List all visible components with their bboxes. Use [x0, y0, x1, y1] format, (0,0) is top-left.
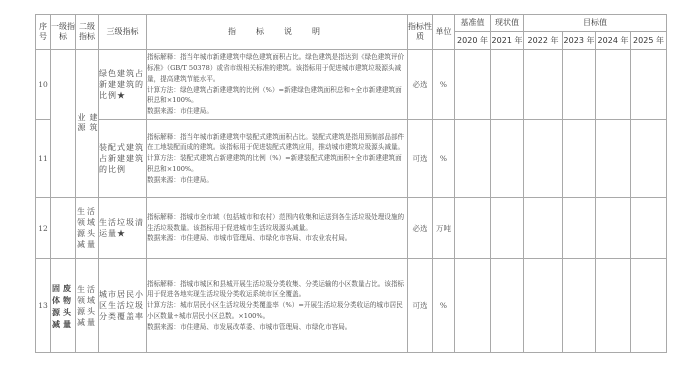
desc-source: 数据来源：市住建局。: [147, 175, 407, 186]
header-baseline: 基准值: [455, 15, 491, 32]
desc-explanation: 指标解释：指当年城市新建建筑中绿色建筑面积占比。绿色建筑是指达到《绿色建筑评价标…: [147, 52, 407, 84]
value-2025: [631, 50, 667, 120]
desc-explanation: 指标解释：指城市城区和县城开展生活垃圾分类收集、分类运输的小区数量占比。该指标用…: [147, 279, 407, 300]
desc-calculation: 计算方法：装配式建筑占新建建筑的比例（%）=新建装配式建筑面积÷全市新建建筑面积…: [147, 153, 407, 174]
header-year-2025: 2025 年: [631, 32, 667, 50]
level1-text: 源头: [51, 306, 75, 318]
header-year-2023: 2023 年: [563, 32, 596, 50]
level1-text: 体物: [51, 294, 75, 306]
level1-text: 减量: [51, 318, 75, 330]
indicator-nature: 可选: [408, 120, 433, 198]
value-2023: [563, 120, 596, 198]
desc-source: 数据来源：市住建局、市发展改革委、市城市管理局、市绿化市容局。: [147, 322, 407, 333]
value-2025: [631, 259, 667, 353]
indicator-description: 指标解释：指城市城区和县城开展生活垃圾分类收集、分类运输的小区数量占比。该指标用…: [147, 259, 408, 353]
level1-text: 固废: [51, 282, 75, 294]
row-seq: 11: [36, 120, 51, 198]
header-year-2021: 2021 年: [491, 32, 524, 50]
table-row: 10 建筑 业源 绿色建筑占新建建筑的比例★ 指标解释：指当年城市新建建筑中绿色…: [36, 50, 667, 120]
level2-text: 建筑: [88, 113, 98, 133]
indicator-description: 指标解释：指当年城市新建建筑中绿色建筑面积占比。绿色建筑是指达到《绿色建筑评价标…: [147, 50, 408, 120]
table-row: 12 生活 领域 源头 减量 生活垃圾清运量★ 指标解释：指城市全市域（包括城市…: [36, 198, 667, 259]
value-2024: [596, 198, 631, 259]
level3-indicator: 生活垃圾清运量★: [99, 198, 147, 259]
value-2021: [491, 198, 524, 259]
level2-life: 生活 领域 源头 减量: [76, 259, 99, 353]
header-nature: 指标性质: [408, 15, 433, 50]
value-2023: [563, 50, 596, 120]
table-row: 11 装配式建筑占新建建筑的比例 指标解释：指当年城市新建建筑中装配式建筑面积占…: [36, 120, 667, 198]
level2-building: 建筑 业源: [76, 50, 99, 198]
desc-source: 数据来源：市住建局、市城市管理局、市绿化市容局、市农业农村局。: [147, 233, 407, 244]
level3-indicator: 城市居民小区生活垃圾分类覆盖率: [99, 259, 147, 353]
value-2021: [491, 50, 524, 120]
indicator-unit: %: [433, 120, 455, 198]
level2-text: 领域: [76, 217, 98, 228]
level2-text: 业源: [76, 113, 86, 133]
value-2020: [455, 120, 491, 198]
level2-life: 生活 领域 源头 减量: [76, 198, 99, 259]
level1-cell: [51, 50, 76, 198]
desc-source: 数据来源：市住建局。: [147, 106, 407, 117]
value-2023: [563, 259, 596, 353]
desc-explanation: 指标解释：指当年城市新建建筑中装配式建筑面积占比。装配式建筑是指用预制部品部件在…: [147, 132, 407, 153]
level2-text: 领域: [76, 295, 98, 306]
indicator-description: 指标解释：指当年城市新建建筑中装配式建筑面积占比。装配式建筑是指用预制部品部件在…: [147, 120, 408, 198]
header-current: 现状值: [491, 15, 524, 32]
value-2020: [455, 198, 491, 259]
value-2022: [524, 259, 563, 353]
indicator-nature: 必选: [408, 198, 433, 259]
indicator-nature: 可选: [408, 259, 433, 353]
level2-text: 源头: [76, 306, 98, 317]
indicator-nature: 必选: [408, 50, 433, 120]
desc-calculation: 计算方法：绿色建筑占新建建筑的比例（%）=新建绿色建筑面积总和÷全市新建建筑面积…: [147, 85, 407, 106]
header-year-2024: 2024 年: [596, 32, 631, 50]
value-2022: [524, 50, 563, 120]
row-seq: 13: [36, 259, 51, 353]
header-year-2022: 2022 年: [524, 32, 563, 50]
table-row: 13 固废 体物 源头 减量 生活 领域 源头 减量 城市居民小区生活垃圾分类覆…: [36, 259, 667, 353]
indicator-table: 序号 一级指标 二级指标 三级指标 指 标 说 明 指标性质 单位 基准值 现状…: [35, 14, 667, 353]
value-2020: [455, 50, 491, 120]
header-year-2020: 2020 年: [455, 32, 491, 50]
level2-text: 生活: [77, 207, 97, 217]
level2-text: 生活: [76, 284, 98, 295]
header-level3: 三级指标: [99, 15, 147, 50]
value-2025: [631, 120, 667, 198]
value-2024: [596, 259, 631, 353]
desc-explanation: 指标解释：指城市全市域（包括城市和农村）范围内收集和运送到各生活垃圾处理设施的生…: [147, 212, 407, 233]
level2-text: 减量: [76, 239, 98, 250]
level1-solid-waste: 固废 体物 源头 减量: [51, 259, 76, 353]
value-2021: [491, 259, 524, 353]
value-2025: [631, 198, 667, 259]
indicator-unit: %: [433, 50, 455, 120]
value-2022: [524, 198, 563, 259]
level1-cell: [51, 198, 76, 259]
header-level2: 二级指标: [76, 15, 99, 50]
row-seq: 10: [36, 50, 51, 120]
value-2021: [491, 120, 524, 198]
level3-indicator: 绿色建筑占新建建筑的比例★: [99, 50, 147, 120]
indicator-description: 指标解释：指城市全市域（包括城市和农村）范围内收集和运送到各生活垃圾处理设施的生…: [147, 198, 408, 259]
value-2024: [596, 120, 631, 198]
value-2023: [563, 198, 596, 259]
level3-indicator: 装配式建筑占新建建筑的比例: [99, 120, 147, 198]
header-seq: 序号: [36, 15, 51, 50]
header-level1: 一级指标: [51, 15, 76, 50]
header-unit: 单位: [433, 15, 455, 50]
indicator-unit: %: [433, 259, 455, 353]
value-2022: [524, 120, 563, 198]
level2-text: 源头: [76, 228, 98, 239]
value-2020: [455, 259, 491, 353]
header-description: 指 标 说 明: [147, 15, 408, 50]
row-seq: 12: [36, 198, 51, 259]
indicator-unit: 万吨: [433, 198, 455, 259]
header-target: 目标值: [524, 15, 667, 32]
desc-calculation: 计算方法：城市居民小区生活垃圾分类覆盖率（%）=开展生活垃圾分类收运的城市居民小…: [147, 300, 407, 321]
level2-text: 减量: [76, 317, 98, 328]
value-2024: [596, 50, 631, 120]
